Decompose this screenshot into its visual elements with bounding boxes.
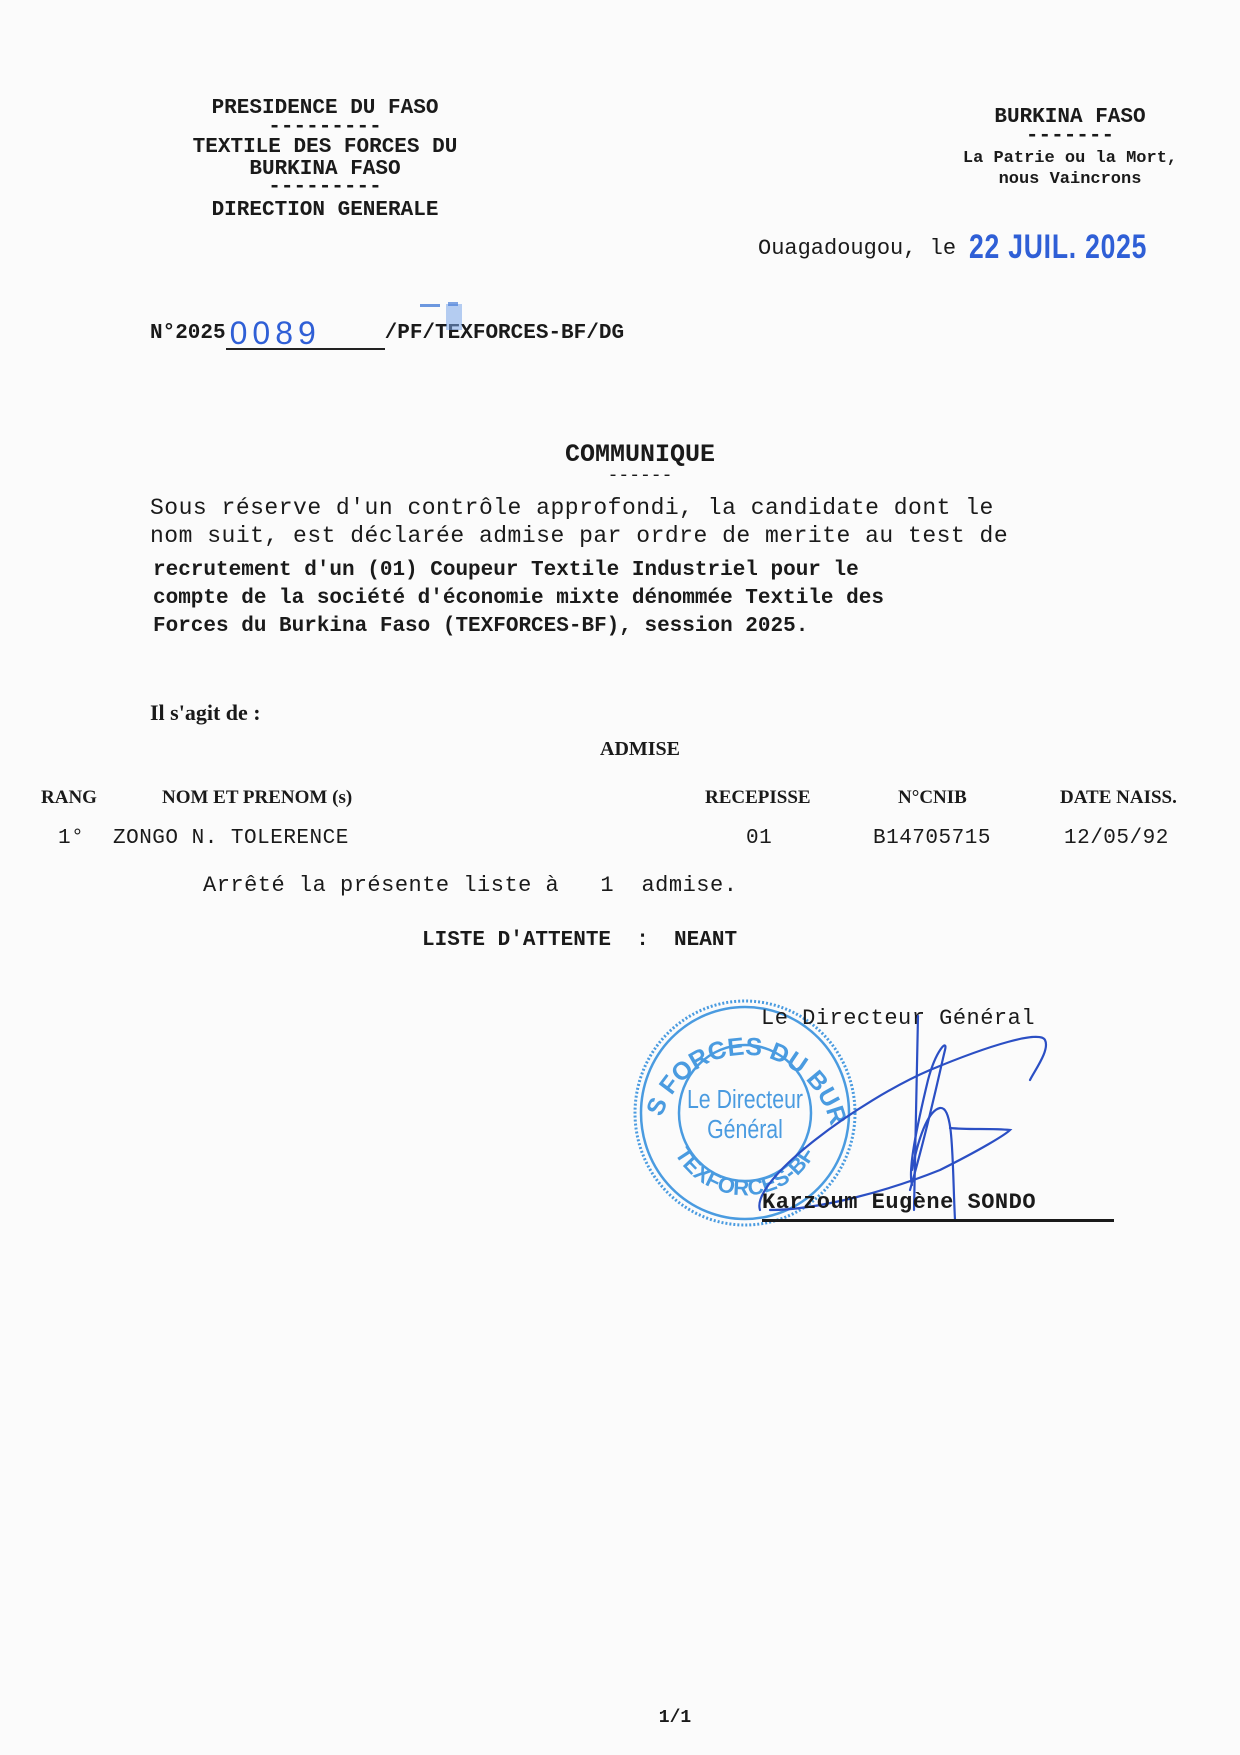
- place-date: Ouagadougou, le 22 JUIL. 2025: [758, 228, 1198, 267]
- document-title: COMMUNIQUE: [440, 440, 840, 469]
- recruitment-line: recrutement d'un (01) Coupeur Textile In…: [153, 557, 1133, 585]
- reference-prefix: N°2025: [150, 322, 226, 345]
- cell-receipt: 01: [746, 827, 772, 850]
- motto-line1: La Patrie ou la Mort,: [920, 148, 1220, 169]
- date-stamp: 22 JUIL. 2025: [969, 228, 1147, 267]
- admitted-count: 1: [600, 873, 614, 898]
- closing-text-end: admise.: [641, 873, 737, 898]
- intro-line: Sous réserve d'un contrôle approfondi, l…: [150, 494, 1130, 522]
- signature-underline: [762, 1219, 1114, 1222]
- admitted-heading: ADMISE: [600, 738, 680, 761]
- title-separator: ------: [440, 466, 840, 486]
- recruitment-paragraph: recrutement d'un (01) Coupeur Textile In…: [153, 557, 1133, 641]
- column-header-rank: RANG: [41, 787, 97, 809]
- column-header-name: NOM ET PRENOM (s): [162, 787, 352, 809]
- closing-text: Arrêté la présente liste à: [203, 873, 559, 898]
- cell-name: ZONGO N. TOLERENCE: [113, 827, 349, 850]
- reference-number: N°20250089/PF/TEXFORCES-BF/DG: [150, 318, 624, 350]
- recruitment-line: Forces du Burkina Faso (TEXFORCES-BF), s…: [153, 613, 1133, 641]
- country-header: BURKINA FASO ------- La Patrie ou la Mor…: [920, 106, 1220, 190]
- column-header-cnib: N°CNIB: [898, 787, 967, 809]
- header-separator: ---------: [150, 180, 500, 196]
- recruitment-line: compte de la société d'économie mixte dé…: [153, 585, 1133, 613]
- closing-statement: Arrêté la présente liste à 1 admise.: [203, 873, 737, 898]
- reference-stamp-number: 0089: [226, 318, 385, 350]
- cell-birthdate: 12/05/92: [1064, 827, 1169, 850]
- waiting-list-status: LISTE D'ATTENTE : NEANT: [422, 929, 737, 952]
- intro-paragraph: Sous réserve d'un contrôle approfondi, l…: [150, 494, 1130, 550]
- ink-smudge-icon: [420, 302, 468, 332]
- signatory-name: Karzoum Eugène SONDO: [762, 1190, 1036, 1215]
- direction-label: DIRECTION GENERALE: [150, 198, 500, 223]
- column-header-receipt: RECEPISSE: [705, 787, 811, 809]
- header-separator: ---------: [150, 121, 500, 135]
- list-intro: Il s'agit de :: [150, 700, 261, 726]
- cell-cnib: B14705715: [873, 827, 991, 850]
- intro-line: nom suit, est déclarée admise par ordre …: [150, 522, 1130, 550]
- issuer-header: PRESIDENCE DU FASO --------- TEXTILE DES…: [150, 96, 500, 223]
- place-label: Ouagadougou, le: [758, 236, 956, 261]
- cell-rank: 1°: [58, 827, 84, 850]
- motto-line2: nous Vaincrons: [920, 169, 1220, 190]
- column-header-birthdate: DATE NAISS.: [1060, 787, 1177, 809]
- page-number: 1/1: [600, 1708, 750, 1728]
- organization-name-line1: TEXTILE DES FORCES DU: [150, 135, 500, 160]
- country-separator: -------: [920, 130, 1220, 144]
